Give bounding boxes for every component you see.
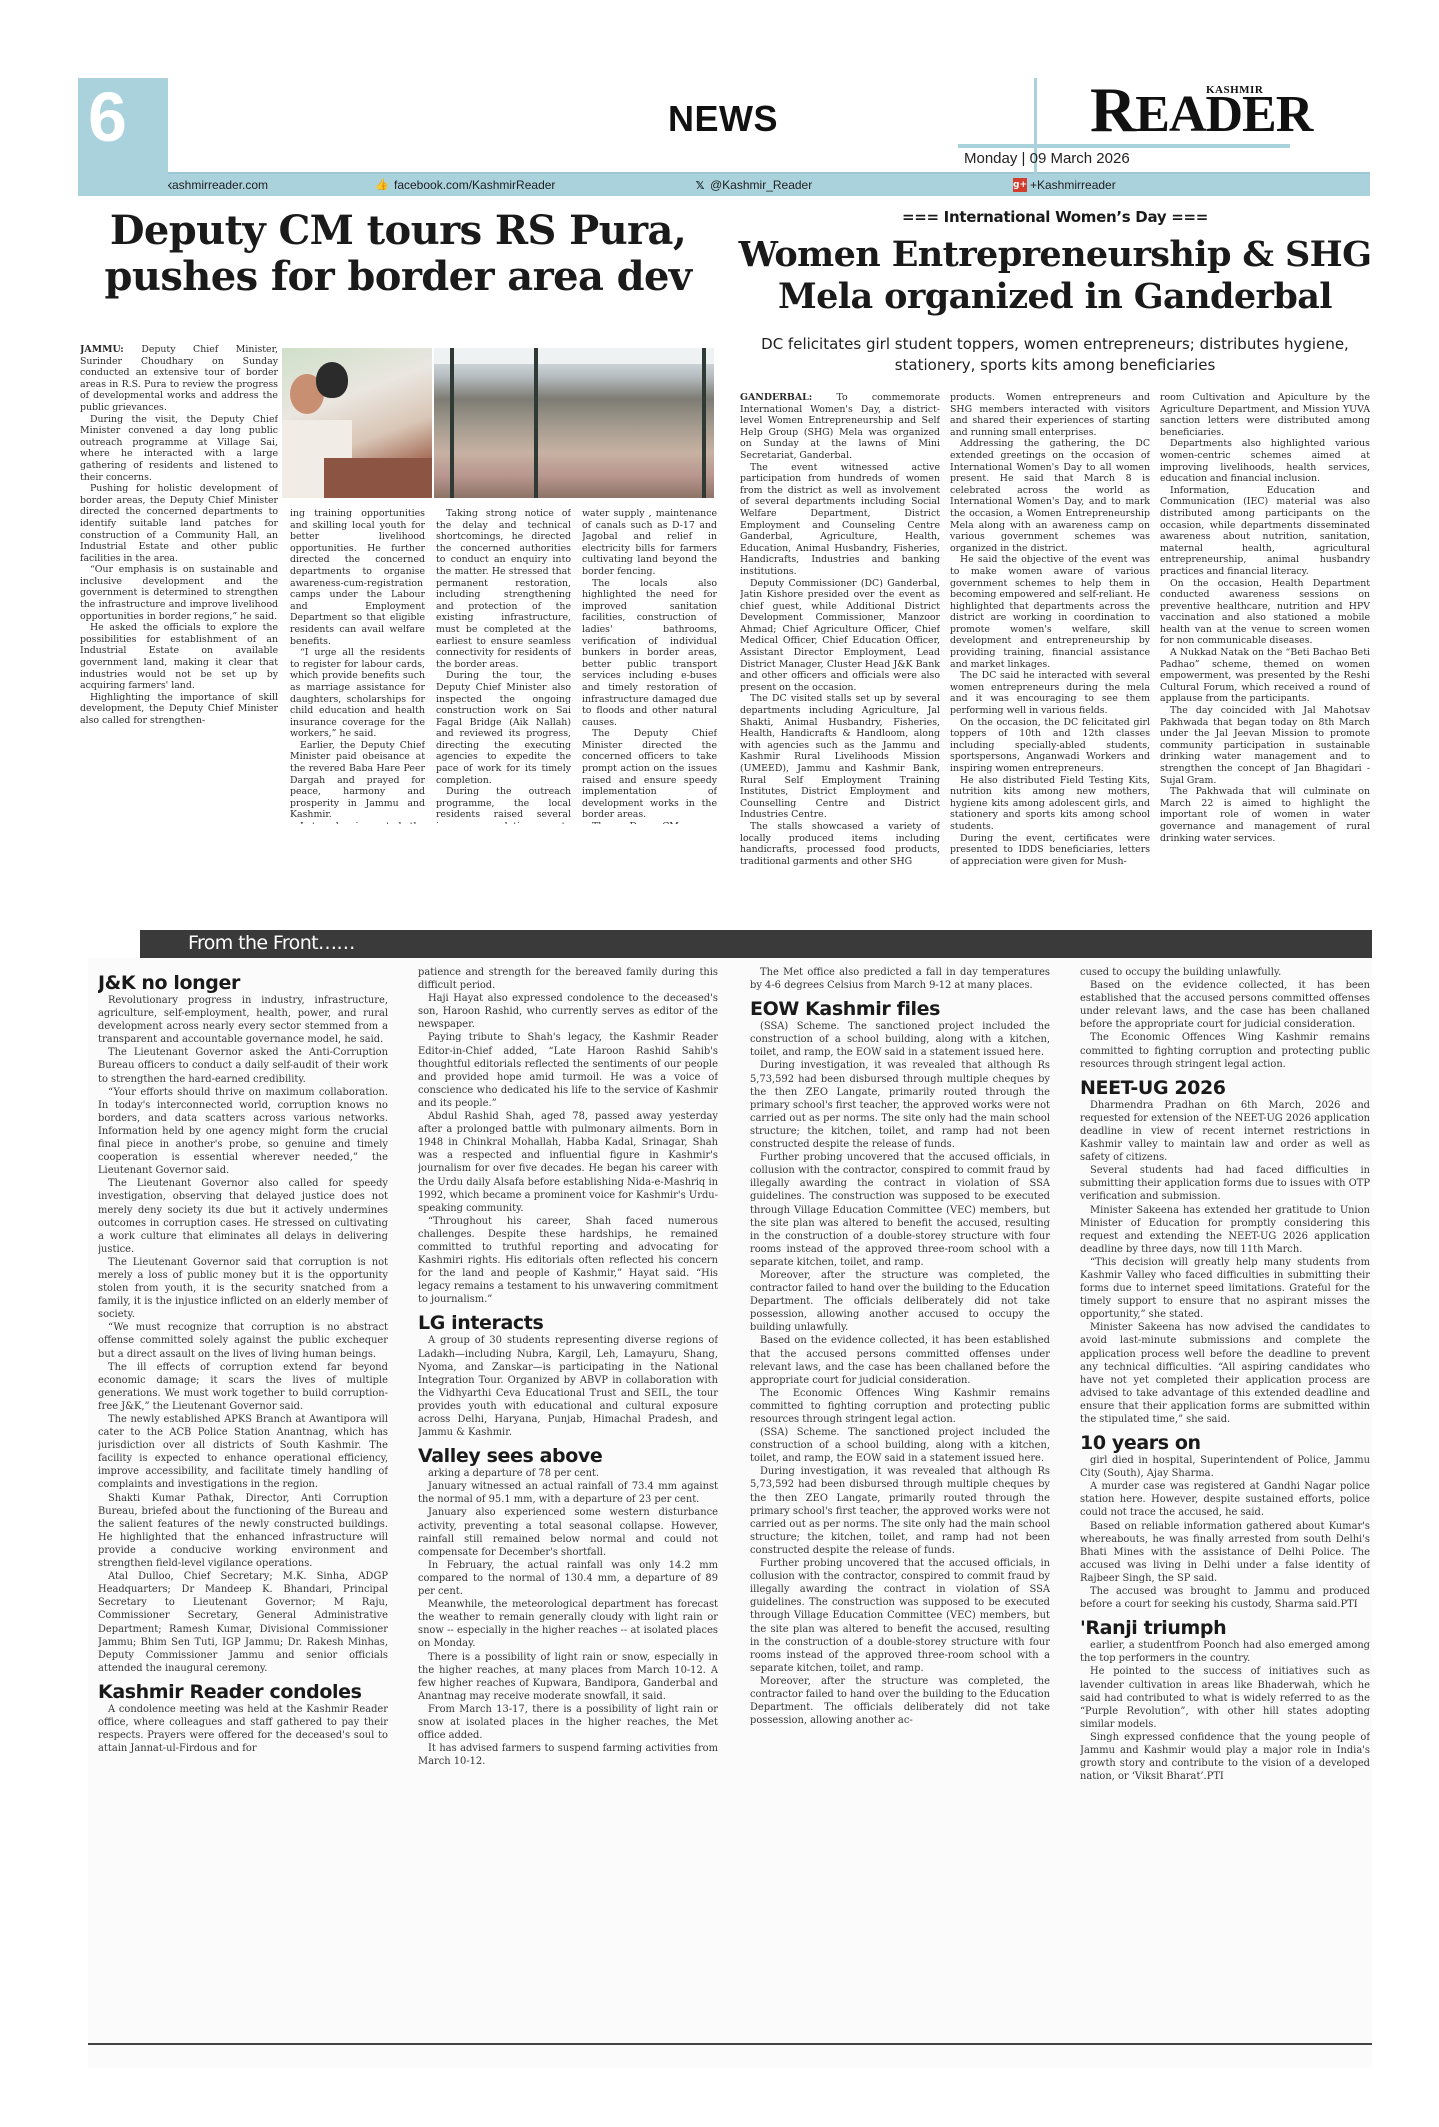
paragraph: During the tour, the Deputy Chief Minist… (436, 670, 571, 786)
facebook-link-text: facebook.com/KashmirReader (394, 178, 555, 192)
brand-underline (958, 144, 1290, 148)
paragraph: Information, Education and Communication… (1160, 485, 1370, 578)
paragraph: GANDERBAL: To commemorate International … (740, 392, 940, 462)
brand-kashmir: KASHMIR (1206, 84, 1263, 96)
paragraph: Deputy Commissioner (DC) Ganderbal, Jati… (740, 578, 940, 694)
paragraph: The DC said he interacted with several w… (950, 670, 1150, 716)
paragraph: Singh expressed confidence that the youn… (1080, 1731, 1370, 1783)
photo-speaker (282, 348, 432, 498)
article-left-col-3: Taking strong notice of the delay and te… (436, 508, 571, 824)
headline-deputy-cm[interactable]: Deputy CM tours RS Pura, pushes for bord… (78, 208, 718, 300)
paragraph: From March 13-17, there is a possibility… (418, 1703, 718, 1742)
paragraph: Further probing uncovered that the accus… (750, 1557, 1050, 1675)
headline-women-mela[interactable]: Women Entrepreneurship & SHG Mela organi… (730, 234, 1380, 318)
paragraph: arking a departure of 78 per cent. (418, 1467, 718, 1480)
front-col-2: patience and strength for the bereaved f… (418, 966, 718, 2041)
paragraph: A Nukkad Natak on the “Beti Bachao Beti … (1160, 647, 1370, 705)
paragraph: Based on the evidence collected, it has … (750, 1334, 1050, 1386)
story-jump-headline[interactable]: Valley sees above (418, 1445, 718, 1467)
x-logo-icon: 𝕏 (693, 178, 707, 192)
paragraph: Haji Hayat also expressed condolence to … (418, 992, 718, 1031)
paragraph: Departments also highlighted various wom… (1160, 438, 1370, 484)
paragraph: It has advised farmers to suspend farmin… (418, 1742, 718, 1768)
paragraph: During investigation, it was revealed th… (750, 1059, 1050, 1151)
google-plus-icon: g+ (1013, 178, 1027, 192)
paragraph: “Your efforts should thrive on maximum c… (98, 1086, 388, 1178)
google-plus-link-text: +Kashmirreader (1030, 178, 1116, 192)
dateline: GANDERBAL: (740, 392, 812, 403)
from-the-front-bar: From the Front…… (140, 930, 1372, 958)
article-right-col-1: GANDERBAL: To commemorate International … (740, 392, 940, 922)
paragraph: The Lieutenant Governor said that corrup… (98, 1256, 388, 1321)
paragraph: cused to occupy the building unlawfully. (1080, 966, 1370, 979)
article-right-col-3: room Cultivation and Apiculture by the A… (1160, 392, 1370, 922)
paragraph: Dharmendra Pradhan on 6th March, 2026 an… (1080, 1099, 1370, 1164)
paragraph: ing training opportunities and skilling … (290, 508, 425, 647)
paragraph: A condolence meeting was held at the Kas… (98, 1703, 388, 1755)
dateline: JAMMU: (80, 344, 124, 355)
brand-logo[interactable]: READER KASHMIR (1090, 78, 1370, 148)
paragraph: On the occasion, Health Department condu… (1160, 578, 1370, 648)
story-jump-headline[interactable]: J&K no longer (98, 972, 388, 994)
paragraph: January also experienced some western di… (418, 1506, 718, 1558)
paragraph: products. Women entrepreneurs and SHG me… (950, 392, 1150, 438)
paragraph: Meanwhile, the meteorological department… (418, 1598, 718, 1650)
story-jump-headline[interactable]: EOW Kashmir files (750, 998, 1050, 1020)
paragraph: The DC visited stalls set up by several … (740, 693, 940, 821)
facebook-link[interactable]: 👍 facebook.com/KashmirReader (373, 178, 555, 192)
article-left-col-2: ing training opportunities and skilling … (290, 508, 425, 824)
paragraph: The newly established APKS Branch at Awa… (98, 1413, 388, 1492)
brand-wordmark: READER (1090, 78, 1312, 142)
story-jump-headline[interactable]: Kashmir Reader condoles (98, 1681, 388, 1703)
paragraph: Based on the evidence collected, it has … (1080, 979, 1370, 1031)
paragraph: Pushing for holistic development of bord… (80, 483, 278, 564)
section-title: NEWS (668, 98, 778, 140)
paragraph: (SSA) Scheme. The sanctioned project inc… (750, 1426, 1050, 1465)
paragraph: The accused was brought to Jammu and pro… (1080, 1585, 1370, 1611)
paragraph: He also distributed Field Testing Kits, … (950, 775, 1150, 833)
paragraph: Moreover, after the structure was comple… (750, 1269, 1050, 1334)
front-col-4: cused to occupy the building unlawfully.… (1080, 966, 1370, 2041)
paragraph: “Our emphasis is on sustainable and incl… (80, 564, 278, 622)
paragraph: The Lieutenant Governor asked the Anti-C… (98, 1046, 388, 1085)
paragraph: “Throughout his career, Shah faced numer… (418, 1215, 718, 1307)
paragraph: Paying tribute to Shah's legacy, the Kas… (418, 1031, 718, 1110)
paragraph: The Deputy Chief Minister directed the c… (582, 728, 717, 821)
paragraph: Addressing the gathering, the DC extende… (950, 438, 1150, 554)
paragraph: earlier, a studentfrom Poonch had also e… (1080, 1639, 1370, 1665)
paragraph: In February, the actual rainfall was onl… (418, 1559, 718, 1598)
paragraph: A murder case was registered at Gandhi N… (1080, 1480, 1370, 1519)
paragraph: The Dy CM was accompanied by MLA Suchetg… (582, 821, 717, 824)
story-jump-headline[interactable]: NEET-UG 2026 (1080, 1077, 1370, 1099)
paragraph: The event witnessed active participation… (740, 462, 940, 578)
kicker-womens-day: === International Women’s Day === (730, 208, 1380, 226)
paragraph: Shakti Kumar Pathak, Director, Anti Corr… (98, 1492, 388, 1571)
paragraph: The Lieutenant Governor also called for … (98, 1177, 388, 1256)
paragraph: room Cultivation and Apiculture by the A… (1160, 392, 1370, 438)
paragraph: Minister Sakeena has now advised the can… (1080, 1321, 1370, 1426)
from-the-front-title: From the Front…… (188, 932, 355, 954)
paragraph: “This decision will greatly help many st… (1080, 1256, 1370, 1321)
page-number: 6 (88, 82, 127, 152)
paragraph: Atal Dulloo, Chief Secretary; M.K. Sinha… (98, 1570, 388, 1675)
paragraph: During the outreach programme, the local… (436, 786, 571, 824)
paragraph: The Met office also predicted a fall in … (750, 966, 1050, 992)
paragraph: A group of 30 students representing dive… (418, 1334, 718, 1439)
photo-crowd (434, 348, 714, 498)
subheadline: DC felicitates girl student toppers, wom… (740, 334, 1370, 376)
links-bar: kashmirreader.com 👍 facebook.com/Kashmir… (78, 172, 1370, 196)
story-jump-headline[interactable]: 'Ranji triumph (1080, 1617, 1370, 1639)
paragraph: The locals also highlighted the need for… (582, 578, 717, 729)
paragraph: Abdul Rashid Shah, aged 78, passed away … (418, 1110, 718, 1215)
paragraph: During investigation, it was revealed th… (750, 1465, 1050, 1557)
article-left-col-1: JAMMU: Deputy Chief Minister, Surinder C… (80, 344, 278, 824)
paragraph: There is a possibility of light rain or … (418, 1651, 718, 1703)
paragraph: “I urge all the residents to register fo… (290, 647, 425, 740)
paragraph: The Economic Offences Wing Kashmir remai… (1080, 1031, 1370, 1070)
paragraph: Later, he inspected the restoration work… (290, 821, 425, 824)
paragraph: January witnessed an actual rainfall of … (418, 1480, 718, 1506)
brand-initial: R (1090, 74, 1135, 145)
paragraph: (SSA) Scheme. The sanctioned project inc… (750, 1020, 1050, 1059)
masthead: kashmirreader.com 👍 facebook.com/Kashmir… (78, 78, 1370, 192)
paragraph: During the visit, the Deputy Chief Minis… (80, 414, 278, 484)
paragraph: Several students had had faced difficult… (1080, 1164, 1370, 1203)
x-link-text: @Kashmir_Reader (710, 178, 812, 192)
paragraph: The ill effects of corruption extend far… (98, 1361, 388, 1413)
paragraph: He pointed to the success of initiatives… (1080, 1665, 1370, 1730)
paragraph: Highlighting the importance of skill dev… (80, 692, 278, 727)
issue-date: Monday | 09 March 2026 (964, 150, 1130, 167)
paragraph: Based on reliable information gathered a… (1080, 1520, 1370, 1585)
paragraph: “We must recognize that corruption is no… (98, 1321, 388, 1360)
paragraph: The Economic Offences Wing Kashmir remai… (750, 1387, 1050, 1426)
article-photo[interactable] (282, 348, 714, 498)
paragraph: Minister Sakeena has extended her gratit… (1080, 1204, 1370, 1256)
paragraph: water supply , maintenance of canals suc… (582, 508, 717, 578)
paragraph: Further probing uncovered that the accus… (750, 1151, 1050, 1269)
article-left-col-4: water supply , maintenance of canals suc… (582, 508, 717, 824)
paragraph: Moreover, after the structure was comple… (750, 1675, 1050, 1727)
front-col-3: The Met office also predicted a fall in … (750, 966, 1050, 2041)
paragraph: Revolutionary progress in industry, infr… (98, 994, 388, 1046)
paragraph: girl died in hospital, Superintendent of… (1080, 1454, 1370, 1480)
website-link-text: kashmirreader.com (166, 178, 268, 192)
front-col-1: J&K no longerRevolutionary progress in i… (98, 966, 388, 2041)
paragraph: He asked the officials to explore the po… (80, 622, 278, 692)
paragraph: He said the objective of the event was t… (950, 554, 1150, 670)
paragraph: patience and strength for the bereaved f… (418, 966, 718, 992)
paragraph: Taking strong notice of the delay and te… (436, 508, 571, 670)
website-link[interactable]: kashmirreader.com (166, 178, 268, 192)
article-right-col-2: products. Women entrepreneurs and SHG me… (950, 392, 1150, 922)
thumbs-up-icon: 👍 (373, 178, 391, 192)
paragraph: On the occasion, the DC felicitated girl… (950, 717, 1150, 775)
story-jump-headline[interactable]: LG interacts (418, 1312, 718, 1334)
paragraph: The stalls showcased a variety of locall… (740, 821, 940, 867)
paragraph: The day coincided with Jal Mahotsav Pakh… (1160, 705, 1370, 786)
story-jump-headline[interactable]: 10 years on (1080, 1432, 1370, 1454)
google-plus-link[interactable]: g+ +Kashmirreader (1013, 178, 1116, 192)
x-link[interactable]: 𝕏 @Kashmir_Reader (693, 178, 812, 192)
paragraph: The Pakhwada that will culminate on Marc… (1160, 786, 1370, 844)
bottom-rule (88, 2043, 1372, 2045)
paragraph: During the event, certificates were pres… (950, 833, 1150, 868)
paragraph: JAMMU: Deputy Chief Minister, Surinder C… (80, 344, 278, 414)
page-number-box: 6 (78, 78, 168, 192)
paragraph: Earlier, the Deputy Chief Minister paid … (290, 740, 425, 821)
